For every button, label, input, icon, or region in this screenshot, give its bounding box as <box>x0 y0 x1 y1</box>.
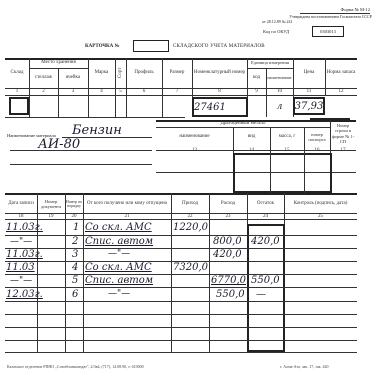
col-header-control: Контроль (подпись, дата) <box>284 195 357 213</box>
footer-print-info: г. Алма-Ата, зак. 17, зак. 440 <box>280 364 329 369</box>
unit-name-value[interactable]: л <box>266 97 293 117</box>
col-num: 12 <box>325 88 357 95</box>
col-header-rack: стеллаж <box>29 68 58 88</box>
col-num: 8 <box>192 88 247 95</box>
col-header-cell: ячейка <box>58 68 88 88</box>
row-divider <box>5 248 357 249</box>
ledger-row-1-party[interactable]: Со скл. АМС <box>85 222 152 233</box>
col-header-grade: Сорт <box>115 58 126 88</box>
ledger-row-2-date[interactable]: —"— <box>10 237 32 247</box>
col-header-line-number: Номер строки в форме № 1-СП <box>330 120 356 147</box>
row-divider <box>5 274 357 275</box>
col-header-metal-name: наименование <box>156 127 233 147</box>
col-num: 7 <box>162 88 192 95</box>
col-header-profile: Профиль <box>126 58 162 88</box>
col-header-unit-name: наименование <box>266 68 293 88</box>
col-num: 4 <box>88 88 115 95</box>
col-header-nomenclature: Номенклатурный номер <box>192 58 247 88</box>
underline <box>10 150 152 151</box>
col-group-precious-metal: Драгоценный металл <box>156 120 330 127</box>
col-num: 5 <box>115 88 126 95</box>
row-divider <box>5 352 357 353</box>
col-header-seq: Номер по порядку <box>65 195 83 213</box>
col-num: 9 <box>247 88 266 95</box>
okud-code: 0303013 <box>314 29 342 34</box>
row-divider <box>5 327 357 328</box>
ledger-row-5-seq[interactable]: 5 <box>72 275 78 286</box>
ledger-row-2-seq[interactable]: 2 <box>72 236 78 247</box>
ledger-row-4-income[interactable]: 7320,0 <box>173 262 208 273</box>
ledger-row-6-seq[interactable]: 6 <box>72 289 78 300</box>
ledger-row-1-date[interactable]: 11.03г. <box>6 222 43 233</box>
ledger-row-3-date[interactable]: 11.03г. <box>6 249 43 260</box>
precious-metal-entry-box[interactable] <box>233 153 332 193</box>
divider <box>5 219 357 220</box>
row-divider <box>5 235 357 236</box>
col-num: 23 <box>209 213 247 219</box>
ledger-row-6-expense[interactable]: 550,0 <box>216 289 245 300</box>
col-num: 22 <box>171 213 209 219</box>
ledger-row-3-seq[interactable]: 3 <box>72 249 78 260</box>
underline <box>10 164 152 165</box>
col-header-doc-number: Номер документа <box>37 195 65 213</box>
col-header-balance: Остаток <box>247 195 284 213</box>
col-num: 20 <box>65 213 83 219</box>
col-num: 24 <box>247 213 284 219</box>
col-num: 2 <box>29 88 58 95</box>
ledger-row-3-expense[interactable]: 420,0 <box>213 249 242 260</box>
col-num: 25 <box>284 213 357 219</box>
approval-date: от 28.12.89 № 241 <box>262 19 322 24</box>
col-num: 1 <box>5 88 29 95</box>
col-header-stock-norm: Норма запаса <box>325 58 357 88</box>
divider <box>5 117 185 118</box>
col-header-metal-type: вид <box>233 127 270 147</box>
col-num: 10 <box>266 88 293 95</box>
col-header-brand: Марка <box>88 58 115 88</box>
material-name-line1[interactable]: Бензин <box>72 123 122 138</box>
nomenclature-value[interactable]: 27461 <box>194 97 244 117</box>
okud-label: Код по ОКУД <box>263 29 289 34</box>
divider <box>270 153 271 193</box>
ledger-row-5-party[interactable]: Спис. автом <box>85 275 153 286</box>
col-header-warehouse: Склад <box>5 58 29 88</box>
col-header-income: Приход <box>171 195 209 213</box>
ledger-row-2-balance[interactable]: 420,0 <box>251 236 280 247</box>
col-num: 3 <box>58 88 88 95</box>
col-header-metal-mass: масса, г <box>270 127 304 147</box>
col-group-unit: Единица измерения <box>247 58 293 68</box>
col-header-passport-number: номер паспорта <box>304 127 330 147</box>
ledger-row-2-party[interactable]: Спис. автом <box>85 236 153 247</box>
footer-publisher: Казахское отделение РПНО „Союзбланкоизда… <box>7 364 144 369</box>
divider <box>304 153 305 193</box>
col-num: 13 <box>156 147 233 153</box>
col-header-date: Дата записи <box>5 195 37 213</box>
col-num: 21 <box>83 213 171 219</box>
col-num: 17 <box>330 147 356 153</box>
col-num: 19 <box>37 213 65 219</box>
ledger-row-4-party[interactable]: Со скл. АМС <box>85 262 152 273</box>
col-num: 6 <box>126 88 162 95</box>
price-value[interactable]: 37,93 <box>293 97 325 115</box>
ledger-row-1-seq[interactable]: 1 <box>73 222 79 233</box>
warehouse-field[interactable] <box>9 97 29 115</box>
ledger-row-6-date[interactable]: 12.03г. <box>6 289 43 300</box>
ledger-row-3-party[interactable]: —"— <box>108 249 130 259</box>
col-header-size: Размер <box>162 58 192 88</box>
ledger-row-5-balance[interactable]: 550,0 <box>251 275 280 286</box>
row-divider <box>5 340 357 341</box>
ledger-row-6-balance[interactable]: — <box>256 289 266 300</box>
ledger-row-5-date[interactable]: —"— <box>10 276 32 286</box>
col-num: 11 <box>293 88 325 95</box>
ledger-row-4-date[interactable]: 11.03 <box>6 262 35 273</box>
row-divider <box>5 287 357 288</box>
form-number: Форма № М-12 <box>300 7 370 12</box>
card-number-field[interactable] <box>133 40 169 52</box>
row-divider <box>5 301 357 302</box>
card-label: КАРТОЧКА № <box>85 44 120 49</box>
row-divider <box>5 314 357 315</box>
ledger-row-6-party[interactable]: —"— <box>108 289 130 299</box>
col-group-storage: Место хранения <box>29 58 88 68</box>
ledger-row-1-income[interactable]: 1220,0 <box>173 222 208 233</box>
col-header-price: Цена <box>293 58 325 88</box>
col-num: 18 <box>5 213 37 219</box>
col-header-unit-code: код <box>247 68 266 88</box>
ledger-row-4-seq[interactable]: 4 <box>72 262 78 273</box>
col-header-expense: Расход <box>209 195 247 213</box>
card-title: СКЛАДСКОГО УЧЕТА МАТЕРИАЛОВ <box>173 44 265 49</box>
ledger-row-2-expense[interactable]: 800,0 <box>213 236 242 247</box>
col-header-party: От кого получено или кому отпущено <box>83 195 171 213</box>
ledger-row-5-expense[interactable]: 6770,0 <box>211 275 246 286</box>
